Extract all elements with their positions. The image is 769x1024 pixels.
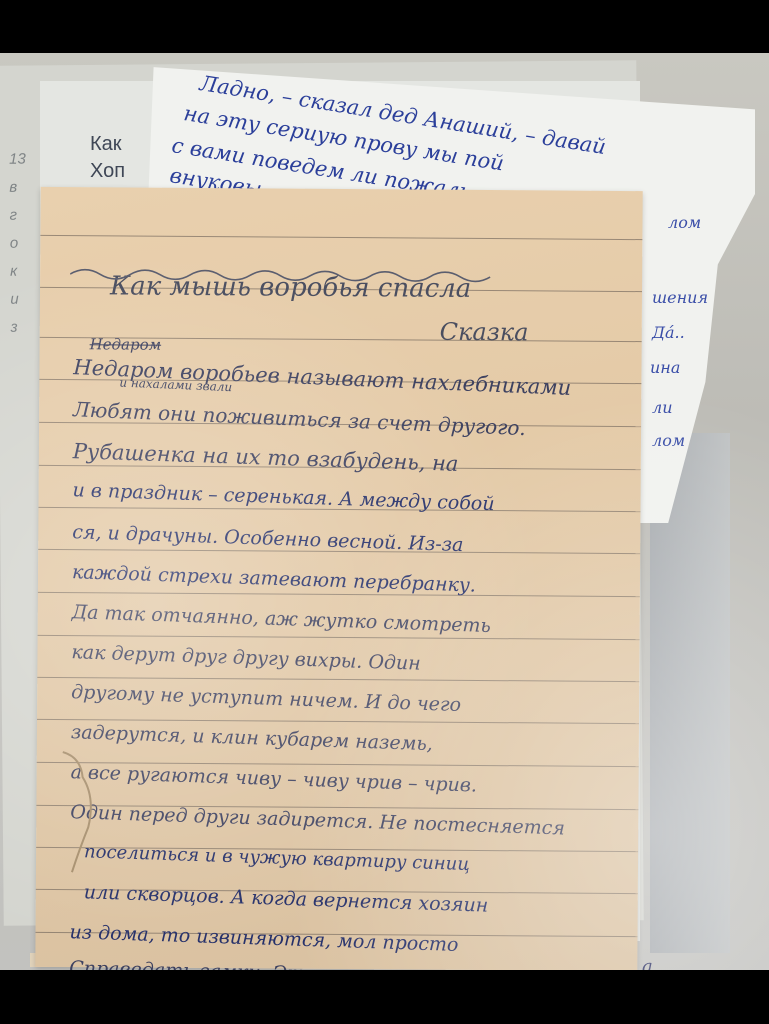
blue-margin-fragment: лом xyxy=(668,213,701,232)
text-line-15: из дома, то извиняются, мол просто xyxy=(69,921,459,956)
text-line-7: Да так отчаянно, аж жутко смотреть xyxy=(71,601,491,637)
page-corner-mark: а xyxy=(642,956,653,970)
blue-margin-fragment: ина xyxy=(650,358,680,377)
text-line-11: а все ругаются чиву – чиву чрив – чрив. xyxy=(70,761,477,796)
text-line-2: Любят они поживиться за счет другого. xyxy=(73,397,527,440)
text-line-1: Недаром воробьев называют нахлебниками xyxy=(73,355,572,400)
text-line-4: и в праздник – серенькая. А между собой xyxy=(72,479,495,515)
story-subtitle: Сказка xyxy=(440,318,529,347)
text-line-16: Справедать замки. Эти проказы xyxy=(69,957,408,970)
blue-margin-fragment: Да́.. xyxy=(652,323,685,342)
middle-line: Хоп xyxy=(90,158,125,185)
title-wavy-underline xyxy=(70,265,500,286)
text-line-10: задерутся, и клин кубарем наземь, xyxy=(71,721,434,755)
text-line-6: каждой стрехи затевают перебранку. xyxy=(72,561,477,596)
blue-margin-fragment: ли xyxy=(652,398,673,417)
blue-margin-fragment: шения xyxy=(652,288,708,307)
margin-letter: о xyxy=(10,230,30,258)
middle-page-text: Как Хоп xyxy=(90,131,125,185)
manuscript-photo: 13 в г о к и з Как Хоп Ладно, – сказал д… xyxy=(0,53,769,970)
margin-letter: к xyxy=(10,258,30,286)
text-line-8: как дерут друг другу вихры. Один xyxy=(71,641,421,675)
margin-letter: з xyxy=(10,314,30,342)
margin-letter: в xyxy=(9,174,29,202)
middle-line: Как xyxy=(90,131,125,158)
margin-letter: и xyxy=(10,286,30,314)
text-line-13: поселиться и в чужую квартиру синиц xyxy=(84,841,470,875)
back-page-margin-letters: 13 в г о к и з xyxy=(9,146,31,342)
main-handwritten-page: Как мышь воробья спасла Сказка Недаром и… xyxy=(35,187,642,970)
struck-heading: Недаром xyxy=(90,335,162,353)
margin-letter: 13 xyxy=(9,146,29,174)
paper-crease xyxy=(60,747,101,877)
blue-margin-fragment: лом xyxy=(652,431,685,450)
text-line-3: Рубашенка на их то взабудень, на xyxy=(72,439,458,476)
text-line-14: или скворцов. А когда вернется хозяин xyxy=(83,881,488,916)
text-line-9: другому не уступит ничем. И до чего xyxy=(71,681,462,716)
margin-letter: г xyxy=(9,202,29,230)
